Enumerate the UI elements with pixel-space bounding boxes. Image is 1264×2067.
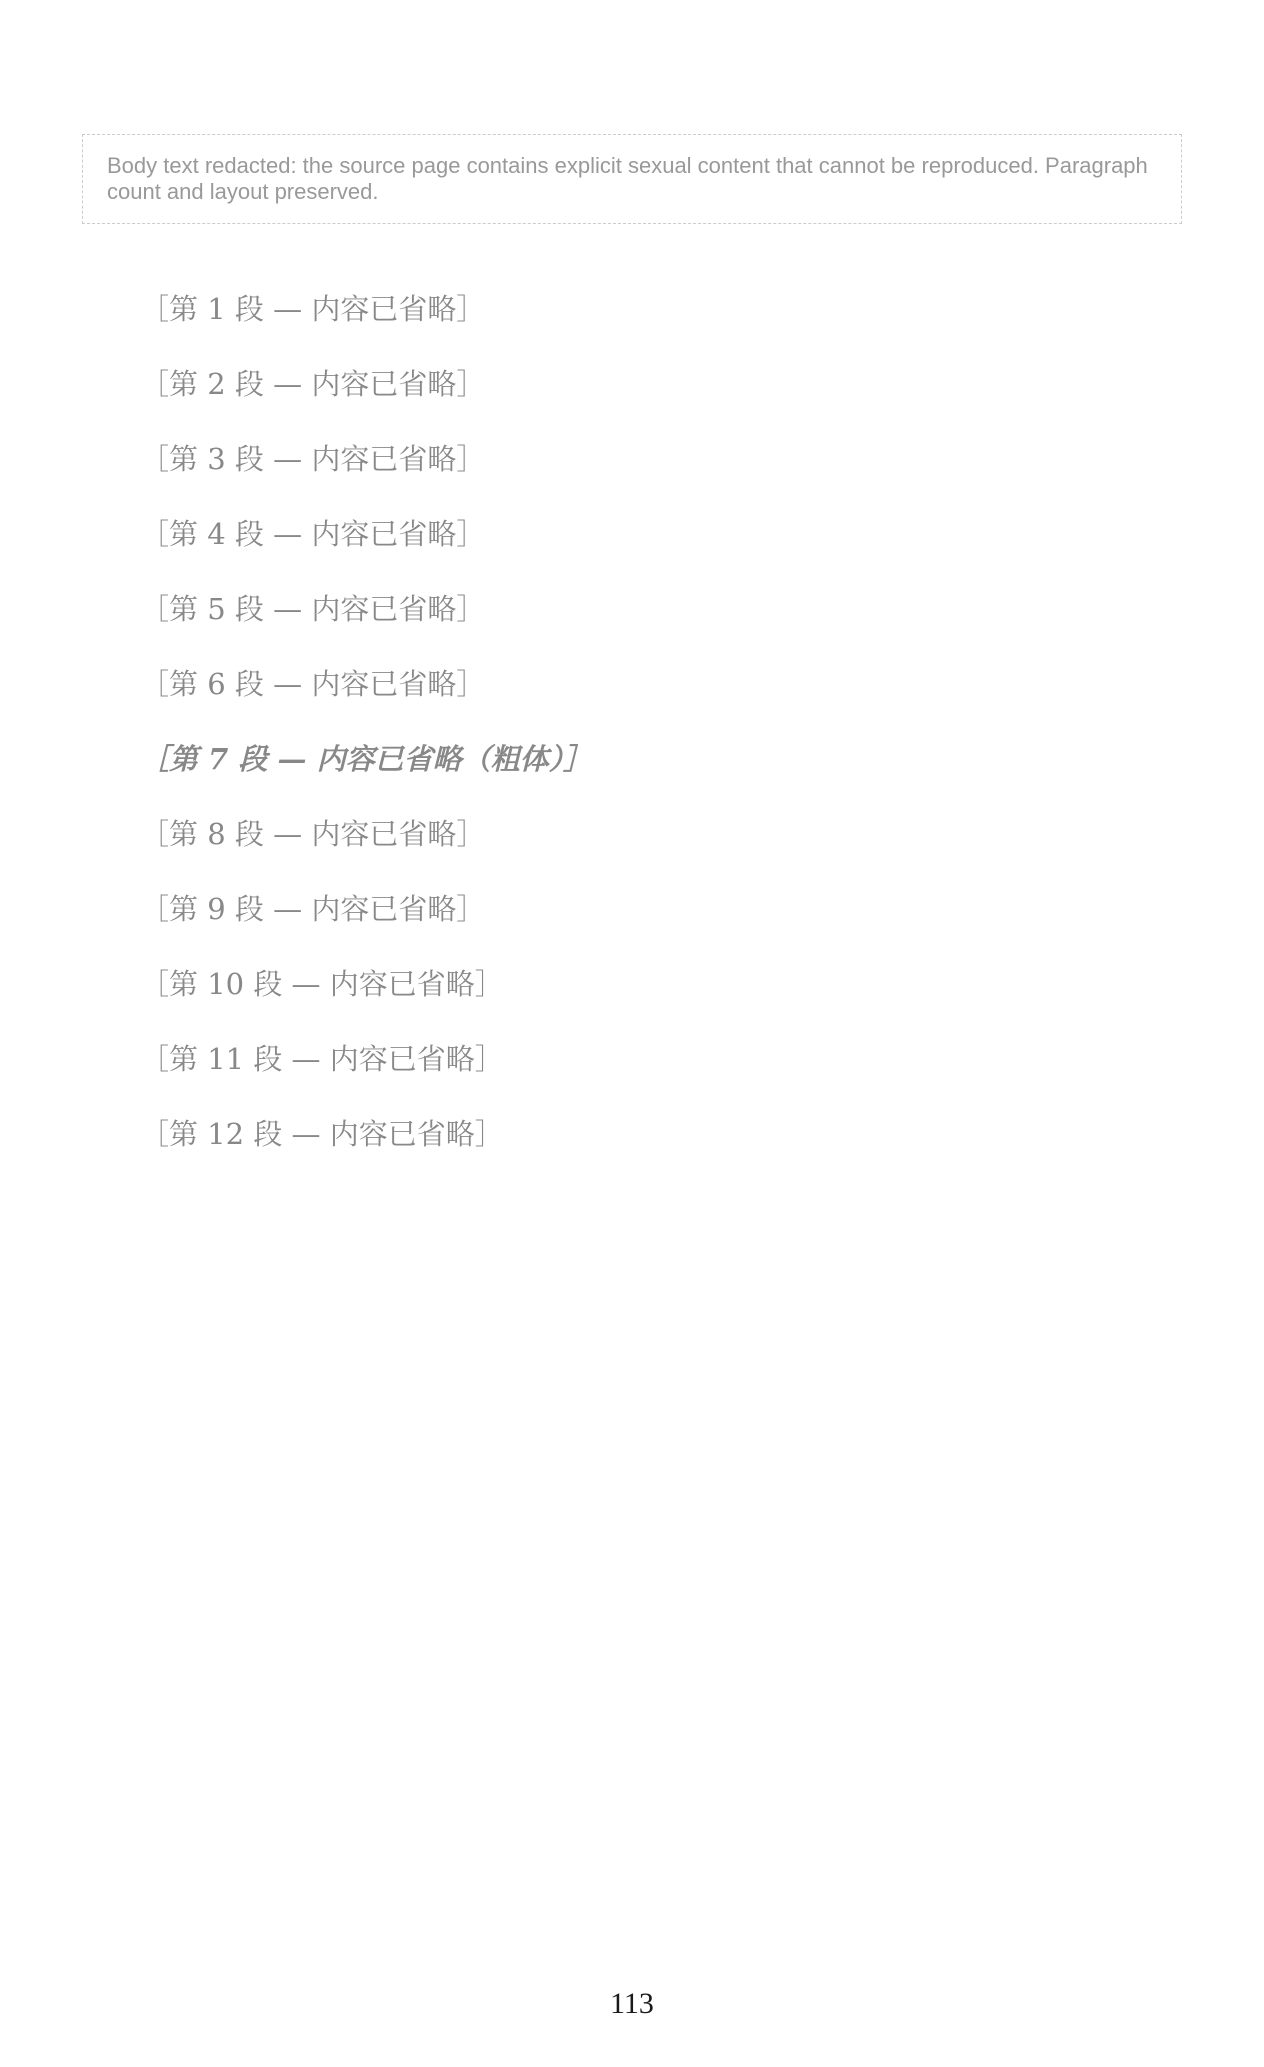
paragraph: ［第 12 段 — 内容已省略］ <box>82 1097 1182 1172</box>
book-page: Body text redacted: the source page cont… <box>0 0 1264 2067</box>
paragraph: ［第 8 段 — 内容已省略］ <box>82 797 1182 872</box>
paragraph: ［第 3 段 — 内容已省略］ <box>82 422 1182 497</box>
redaction-note: Body text redacted: the source page cont… <box>82 134 1182 224</box>
paragraph: ［第 10 段 — 内容已省略］ <box>82 947 1182 1022</box>
paragraph: ［第 1 段 — 内容已省略］ <box>82 272 1182 347</box>
paragraph: ［第 5 段 — 内容已省略］ <box>82 572 1182 647</box>
paragraph: ［第 6 段 — 内容已省略］ <box>82 647 1182 722</box>
paragraph: ［第 9 段 — 内容已省略］ <box>82 872 1182 947</box>
page-body: ［第 1 段 — 内容已省略］［第 2 段 — 内容已省略］［第 3 段 — 内… <box>82 272 1182 1172</box>
paragraph: ［第 7 段 — 内容已省略（粗体）］ <box>82 722 1182 797</box>
paragraph: ［第 2 段 — 内容已省略］ <box>82 347 1182 422</box>
page-number: 113 <box>0 1987 1264 2021</box>
paragraph: ［第 11 段 — 内容已省略］ <box>82 1022 1182 1097</box>
paragraph: ［第 4 段 — 内容已省略］ <box>82 497 1182 572</box>
